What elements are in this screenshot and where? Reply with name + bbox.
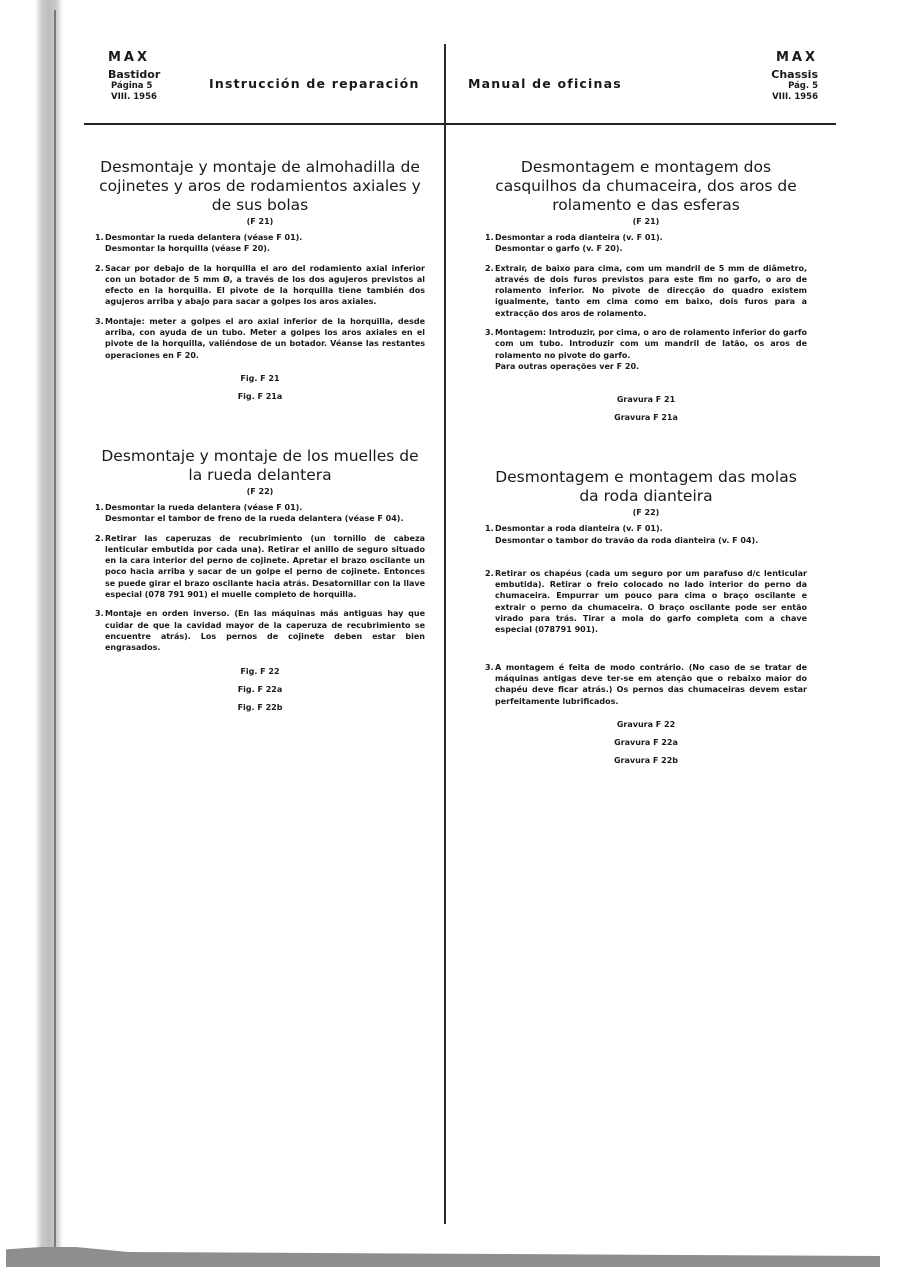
section-title: Desmontagem e montagem dos casquilhos da… [485, 158, 807, 215]
step-number: 3. [485, 662, 495, 707]
page-header: MAX Bastidor Página 5 VIII. 1956 Instruc… [84, 40, 836, 125]
page-number-right: Pág. 5 [771, 81, 818, 92]
step-item: 2. Retirar os chapéus (cada um seguro po… [485, 568, 807, 636]
column-divider [444, 44, 446, 1224]
step-number: 3. [95, 316, 105, 361]
step-text: Montaje: meter a golpes el aro axial inf… [105, 316, 425, 361]
header-title-right: Manual de oficinas [468, 76, 622, 91]
step-number: 1. [485, 232, 495, 255]
step-text: Desmontar la rueda delantera (véase F 01… [105, 232, 425, 243]
section-ref: (F 22) [485, 508, 807, 517]
step-text: Sacar por debajo de la horquilla el aro … [105, 263, 425, 308]
date-right: VIII. 1956 [771, 92, 818, 103]
step-number: 2. [485, 568, 495, 636]
header-title-left: Instrucción de reparación [209, 76, 420, 91]
figure-ref: Gravura F 22a [485, 737, 807, 748]
step-item: 2. Extrair, de baixo para cima, com um m… [485, 263, 807, 319]
page-spine-shadow [35, 0, 63, 1250]
figure-ref: Gravura F 21 [485, 394, 807, 405]
figure-ref: Fig. F 21a [95, 391, 425, 402]
step-text: Desmontar o tambor do travão da roda dia… [495, 535, 807, 546]
step-item: 1. Desmontar a roda dianteira (v. F 01).… [485, 523, 807, 546]
step-list: 1. Desmontar la rueda delantera (véase F… [95, 232, 425, 361]
figure-refs: Gravura F 21 Gravura F 21a [485, 394, 807, 423]
step-number: 1. [95, 502, 105, 525]
step-item: 1. Desmontar a roda dianteira (v. F 01).… [485, 232, 807, 255]
section-ref: (F 22) [95, 487, 425, 496]
section-left: Bastidor [108, 68, 160, 81]
page-spine-line [54, 10, 56, 1250]
step-text: Extrair, de baixo para cima, com um mand… [495, 263, 807, 319]
step-text: Retirar las caperuzas de recubrimiento (… [105, 533, 425, 601]
brand-left: MAX [108, 50, 160, 65]
brand-right: MAX [771, 50, 818, 65]
figure-ref: Gravura F 21a [485, 412, 807, 423]
step-item: 3. A montagem é feita de modo contrário.… [485, 662, 807, 707]
figure-ref: Gravura F 22b [485, 755, 807, 766]
step-item: 2. Retirar las caperuzas de recubrimient… [95, 533, 425, 601]
step-number: 2. [485, 263, 495, 319]
step-number: 1. [95, 232, 105, 255]
figure-ref: Fig. F 22 [95, 666, 425, 677]
right-column: Desmontagem e montagem dos casquilhos da… [485, 158, 807, 773]
step-text: Desmontar o garfo (v. F 20). [495, 243, 807, 254]
figure-ref: Gravura F 22 [485, 719, 807, 730]
left-column: Desmontaje y montaje de almohadilla de c… [95, 158, 425, 720]
header-right-meta: MAX Chassis Pág. 5 VIII. 1956 [771, 50, 818, 103]
section-title: Desmontaje y montaje de almohadilla de c… [95, 158, 425, 215]
figure-refs: Fig. F 22 Fig. F 22a Fig. F 22b [95, 666, 425, 713]
step-item: 2. Sacar por debajo de la horquilla el a… [95, 263, 425, 308]
section-right-f22: Desmontagem e montagem das molas da roda… [485, 468, 807, 766]
section-ref: (F 21) [485, 217, 807, 226]
step-item: 3. Montagem: Introduzir, por cima, o aro… [485, 327, 807, 372]
section-left-f21: Desmontaje y montaje de almohadilla de c… [95, 158, 425, 402]
step-number: 3. [95, 608, 105, 653]
section-title: Desmontaje y montaje de los muelles de l… [95, 447, 425, 485]
figure-ref: Fig. F 22a [95, 684, 425, 695]
step-number: 3. [485, 327, 495, 372]
section-title: Desmontagem e montagem das molas da roda… [485, 468, 807, 506]
step-item: 3. Montaje en orden inverso. (En las máq… [95, 608, 425, 653]
step-text: Montagem: Introduzir, por cima, o aro de… [495, 327, 807, 361]
page-number-left: Página 5 [111, 81, 160, 92]
section-left-f22: Desmontaje y montaje de los muelles de l… [95, 447, 425, 713]
step-number: 1. [485, 523, 495, 546]
step-list: 1. Desmontar a roda dianteira (v. F 01).… [485, 523, 807, 707]
step-text: Retirar os chapéus (cada um seguro por u… [495, 568, 807, 636]
step-list: 1. Desmontar la rueda delantera (véase F… [95, 502, 425, 654]
step-text: Para outras operações ver F 20. [495, 361, 807, 372]
step-number: 2. [95, 533, 105, 601]
step-item: 3. Montaje: meter a golpes el aro axial … [95, 316, 425, 361]
figure-refs: Fig. F 21 Fig. F 21a [95, 373, 425, 402]
header-left-meta: MAX Bastidor Página 5 VIII. 1956 [108, 50, 160, 103]
step-item: 1. Desmontar la rueda delantera (véase F… [95, 232, 425, 255]
figure-refs: Gravura F 22 Gravura F 22a Gravura F 22b [485, 719, 807, 766]
step-number: 2. [95, 263, 105, 308]
page-bottom-edge [6, 1247, 880, 1267]
step-list: 1. Desmontar a roda dianteira (v. F 01).… [485, 232, 807, 372]
step-text: Montaje en orden inverso. (En las máquin… [105, 608, 425, 653]
step-item: 1. Desmontar la rueda delantera (véase F… [95, 502, 425, 525]
figure-ref: Fig. F 22b [95, 702, 425, 713]
step-text: Desmontar a roda dianteira (v. F 01). [495, 523, 807, 534]
step-text: Desmontar la horquilla (véase F 20). [105, 243, 425, 254]
figure-ref: Fig. F 21 [95, 373, 425, 384]
section-ref: (F 21) [95, 217, 425, 226]
section-right-f21: Desmontagem e montagem dos casquilhos da… [485, 158, 807, 423]
step-text: Desmontar el tambor de freno de la rueda… [105, 513, 425, 524]
date-left: VIII. 1956 [111, 92, 160, 103]
section-right: Chassis [771, 68, 818, 81]
step-text: A montagem é feita de modo contrário. (N… [495, 662, 807, 707]
step-text: Desmontar a roda dianteira (v. F 01). [495, 232, 807, 243]
step-text: Desmontar la rueda delantera (véase F 01… [105, 502, 425, 513]
